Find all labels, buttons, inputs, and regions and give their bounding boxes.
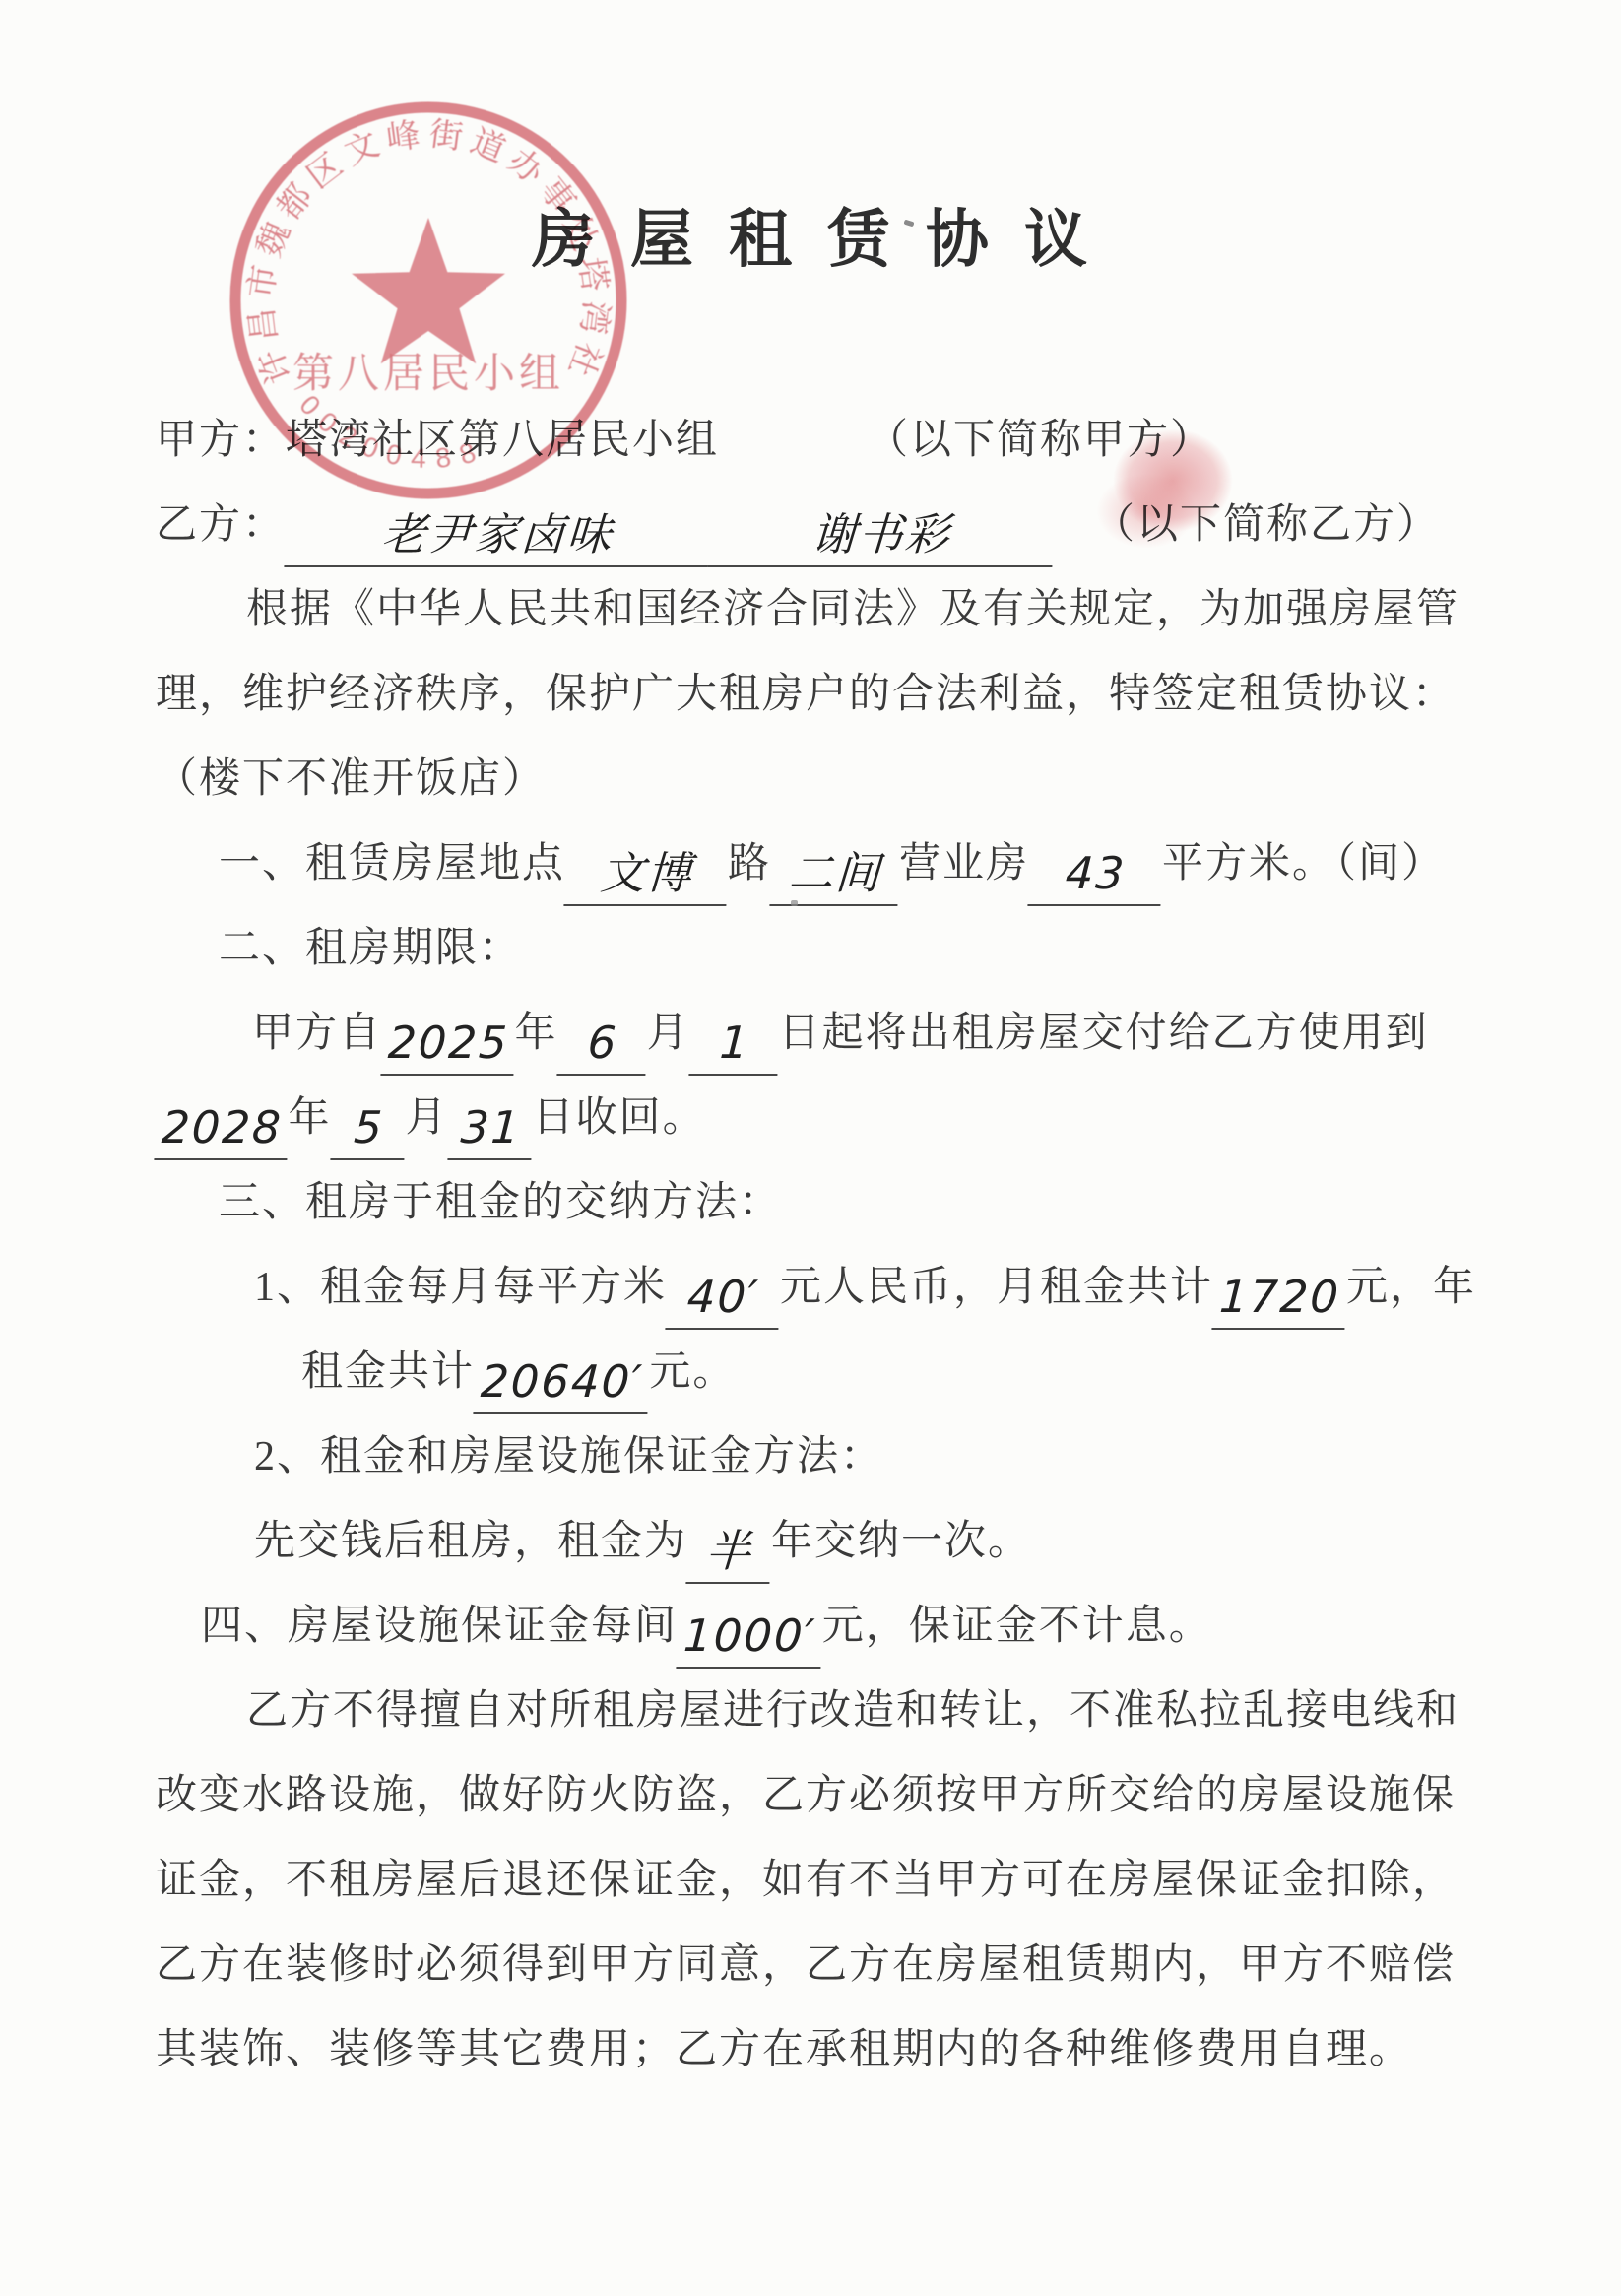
contract-line: 甲方自2025年6月1日起将出租房屋交付给乙方使用到	[156, 991, 1473, 1076]
handwritten-fill: 2028	[154, 1099, 290, 1160]
spacer	[1054, 537, 1093, 538]
printed-text: 元，保证金不计息。	[822, 1604, 1212, 1649]
printed-text: 租金共计	[301, 1349, 475, 1395]
printed-text: 二、租房期限：	[219, 926, 522, 971]
contract-line: 三、租房于租金的交纳方法：	[156, 1160, 1473, 1245]
handwritten-fill: 1720	[1211, 1269, 1347, 1330]
printed-text: 四、房屋设施保证金每间	[201, 1604, 678, 1649]
contract-line: 2、租金和房屋设施保证金方法：	[156, 1414, 1473, 1499]
handwritten-fill: 1	[688, 1015, 780, 1076]
printed-text: 先交钱后租房，租金为	[254, 1519, 687, 1564]
contract-line: 其装饰、装修等其它费用；乙方在承租期内的各种维修费用自理。	[156, 2007, 1473, 2092]
printed-text: 月	[406, 1095, 449, 1141]
handwritten-fill: 20640′	[473, 1353, 651, 1414]
star-icon	[352, 218, 505, 363]
printed-text: 路	[728, 841, 771, 886]
contract-line: （楼下不准开饭店）	[156, 737, 1473, 821]
contract-body: 甲方：塔湾社区第八居民小组（以下简称甲方）乙方：老尹家卤味谢书彩（以下简称乙方）…	[156, 398, 1473, 2092]
official-seal: 许昌市魏都区文峰街道办事处塔湾社区 第八居民小组 00200488	[212, 84, 645, 517]
handwritten-fill: 谢书彩	[707, 506, 1055, 567]
printed-text: 年	[289, 1095, 332, 1141]
printed-text: 年	[515, 1011, 558, 1056]
printed-text: 三、租房于租金的交纳方法：	[219, 1180, 782, 1225]
handwritten-fill: 43	[1027, 845, 1163, 906]
contract-line: 四、房屋设施保证金每间1000′元，保证金不计息。	[156, 1584, 1473, 1669]
printed-text: 改变水路设施，做好防火防盗，乙方必须按甲方所交给的房屋设施保	[156, 1773, 1456, 1818]
handwritten-fill: 1000′	[676, 1607, 823, 1669]
handwritten-fill: 二间	[769, 845, 900, 906]
contract-line: 改变水路设施，做好防火防盗，乙方必须按甲方所交给的房屋设施保	[156, 1753, 1473, 1838]
seal-center-label: 第八居民小组	[292, 352, 564, 397]
contract-line: 根据《中华人民共和国经济合同法》及有关规定，为加强房屋管	[156, 567, 1473, 652]
printed-text: （楼下不准开饭店）	[156, 756, 546, 802]
contract-line: 乙方在装修时必须得到甲方同意，乙方在房屋租赁期内，甲方不赔偿	[156, 1923, 1473, 2007]
handwritten-fill: 40′	[665, 1269, 781, 1330]
handwritten-fill: 文博	[563, 845, 729, 906]
scan-mark	[791, 900, 798, 906]
handwritten-fill: 31	[447, 1099, 534, 1160]
printed-text: 元。	[649, 1349, 736, 1395]
printed-text: 平方米。（间）	[1162, 841, 1445, 886]
fingerprint-mark	[1075, 412, 1253, 564]
handwritten-fill: 6	[556, 1015, 648, 1076]
contract-line: 乙方不得擅自对所租房屋进行改造和转让，不准私拉乱接电线和	[156, 1669, 1473, 1753]
printed-text: 日收回。	[533, 1095, 706, 1141]
printed-text: 其装饰、装修等其它费用；乙方在承租期内的各种维修费用自理。	[156, 2027, 1412, 2072]
handwritten-fill: 半	[685, 1523, 772, 1584]
printed-text: 理，维护经济秩序，保护广大租房户的合法利益，特签定租赁协议：	[156, 672, 1456, 717]
spacer	[719, 452, 867, 453]
printed-text: 月	[647, 1011, 690, 1056]
printed-text: 根据《中华人民共和国经济合同法》及有关规定，为加强房屋管	[246, 587, 1459, 632]
contract-line: 2028年5月31日收回。	[156, 1076, 1473, 1160]
printed-text: 1、租金每月每平方米	[254, 1265, 667, 1310]
printed-text: 乙方不得擅自对所租房屋进行改造和转让，不准私拉乱接电线和	[246, 1688, 1459, 1734]
printed-text: 日起将出租房屋交付给乙方使用到	[779, 1011, 1429, 1056]
seal-ring-text: 许昌市魏都区文峰街道办事处塔湾社区	[212, 84, 615, 389]
printed-text: 元，年	[1346, 1265, 1476, 1310]
contract-line: 理，维护经济秩序，保护广大租房户的合法利益，特签定租赁协议：	[156, 652, 1473, 737]
printed-text: 元人民币，月租金共计	[780, 1265, 1213, 1310]
printed-text: 一、租赁房屋地点	[219, 841, 565, 886]
document-page: 房 屋 租 赁 协 议 甲方：塔湾社区第八居民小组（以下简称甲方）乙方：老尹家卤…	[0, 0, 1621, 2296]
handwritten-fill: 5	[330, 1099, 407, 1160]
printed-text: 甲方自	[252, 1011, 382, 1056]
contract-line: 租金共计20640′元。	[156, 1330, 1473, 1414]
printed-text: 乙方在装修时必须得到甲方同意，乙方在房屋租赁期内，甲方不赔偿	[156, 1942, 1456, 1988]
printed-text: 年交纳一次。	[771, 1519, 1031, 1564]
printed-text: 2、租金和房屋设施保证金方法：	[254, 1434, 883, 1479]
contract-line: 1、租金每月每平方米40′元人民币，月租金共计1720元，年	[156, 1245, 1473, 1330]
handwritten-fill: 2025	[380, 1015, 516, 1076]
contract-line: 二、租房期限：	[156, 906, 1473, 991]
contract-line: 一、租赁房屋地点文博路二间营业房43平方米。（间）	[156, 821, 1473, 906]
contract-line: 证金，不租房屋后退还保证金，如有不当甲方可在房屋保证金扣除，	[156, 1838, 1473, 1923]
printed-text: 证金，不租房屋后退还保证金，如有不当甲方可在房屋保证金扣除，	[156, 1858, 1456, 1903]
contract-line: 先交钱后租房，租金为半年交纳一次。	[156, 1499, 1473, 1584]
printed-text: 营业房	[899, 841, 1029, 886]
